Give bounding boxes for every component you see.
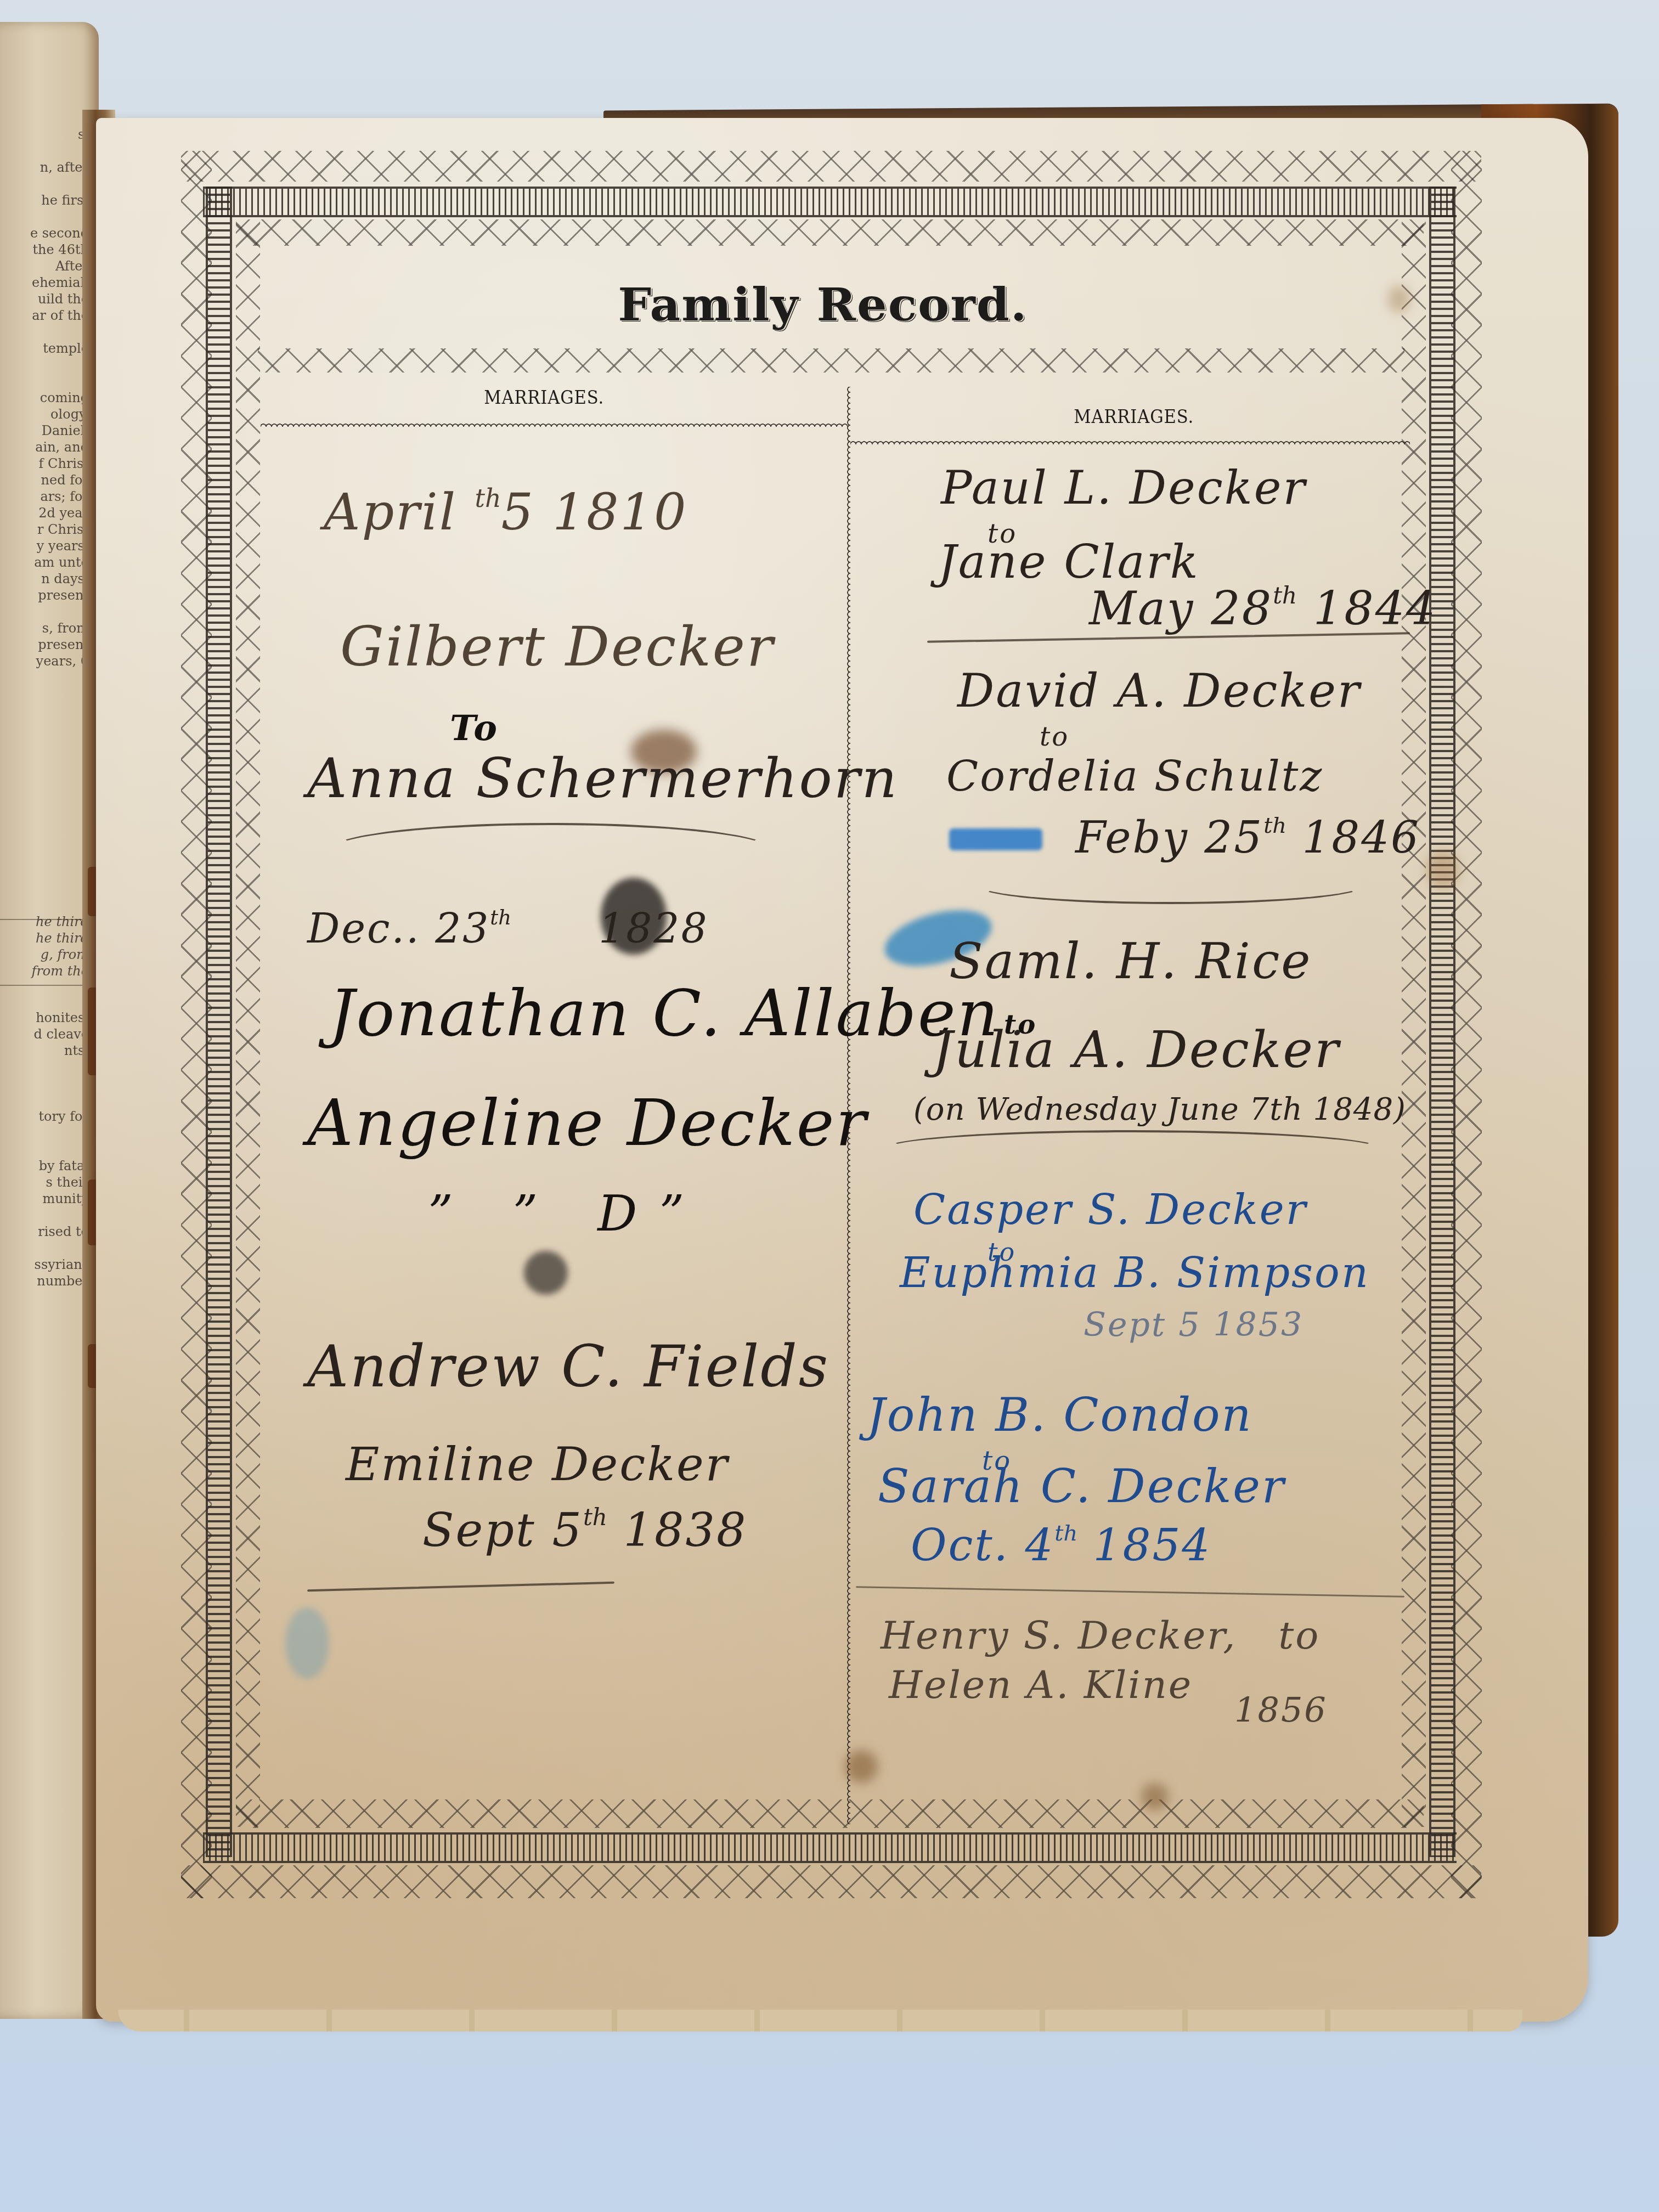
ink-blot	[524, 1251, 568, 1295]
bride-name: Helen A. Kline	[889, 1662, 1193, 1707]
groom-name: Casper S. Decker	[913, 1185, 1307, 1234]
entry-date: Dec.. 23th 1828	[307, 905, 709, 952]
brown-stain	[1388, 285, 1410, 313]
entry-date: Sept 5 1853	[1084, 1306, 1304, 1344]
entry-date: Sept 5th 1838	[422, 1503, 747, 1557]
entry-date: (on Wednesday June 7th 1848)	[913, 1092, 1406, 1127]
groom-name: Jonathan C. Allaben	[329, 977, 1000, 1051]
groom-name: Andrew C. Fields	[307, 1333, 830, 1400]
entry-date: Oct. 4th 1854	[911, 1520, 1211, 1571]
flourish	[329, 823, 772, 877]
groom-name: David A. Decker	[957, 664, 1361, 718]
left-page-text-middle: he third he third g, from from the	[0, 913, 89, 979]
entry-date: April th5 1810	[324, 483, 687, 541]
bride-name: Emiline Decker	[346, 1437, 729, 1491]
flourish	[883, 1130, 1381, 1167]
bride-name: Julia A. Decker	[933, 1020, 1340, 1079]
bride-name: Anna Schermerhorn	[307, 746, 899, 810]
left-page-rule	[0, 985, 82, 986]
header-rule-right	[850, 439, 1410, 444]
groom-name: Gilbert Decker	[340, 614, 775, 679]
flourish	[977, 867, 1365, 904]
entry-date: 1856	[1234, 1690, 1328, 1730]
bride-name: Sarah C. Decker	[878, 1459, 1285, 1513]
groom-name: Saml. H. Rice	[949, 933, 1312, 990]
groom-name: Henry S. Decker, to	[881, 1613, 1320, 1658]
entry-date: Feby 25th 1846	[1075, 812, 1420, 863]
entry-date: May 28th 1844	[1089, 582, 1437, 635]
left-page-text-lower: honites, d cleave nts. tory for by fatal…	[0, 1009, 89, 1289]
brown-stain	[1426, 850, 1459, 889]
column-header-right: MARRIAGES.	[1074, 406, 1194, 428]
brown-stain	[1141, 1783, 1169, 1810]
groom-name: Paul L. Decker	[941, 461, 1307, 515]
brown-stain	[845, 1750, 878, 1783]
connector-to: To	[450, 708, 499, 749]
left-page-text-upper: s. n, after he first e second the 46th A…	[0, 126, 89, 669]
family-record-page	[96, 118, 1588, 2022]
page-title: Family Record.	[576, 279, 1070, 331]
bride-name: Jane Clark	[938, 535, 1200, 589]
connector-to: to	[1040, 721, 1069, 752]
ditto-marks: ” ” D”	[428, 1185, 706, 1243]
header-rule-left	[261, 421, 848, 427]
column-header-left: MARRIAGES.	[484, 387, 604, 409]
torn-page-edge	[118, 2010, 1522, 2032]
blue-ink-smudge	[949, 828, 1042, 850]
bride-name: Cordelia Schultz	[946, 752, 1323, 800]
groom-name: John B. Condon	[867, 1388, 1253, 1442]
bride-name: Angeline Decker	[307, 1086, 868, 1160]
blue-stain	[285, 1607, 329, 1679]
bride-name: Euphmia B. Simpson	[900, 1248, 1370, 1297]
